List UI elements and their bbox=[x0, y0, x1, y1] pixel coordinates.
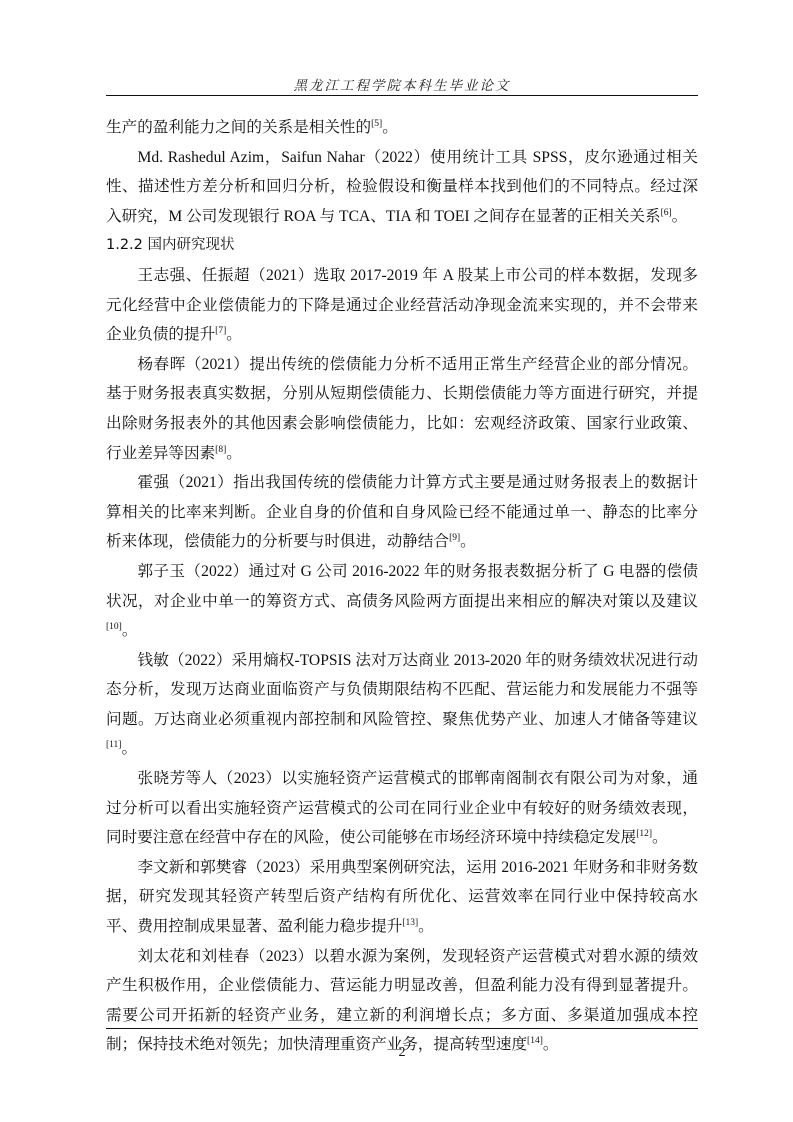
paragraph: 张晓芳等人（2023）以实施轻资产运营模式的邯郸南阁制衣有限公司为对象，通过分析… bbox=[106, 764, 698, 853]
citation-ref: [10] bbox=[106, 622, 122, 632]
paragraph: 刘太花和刘桂春（2023）以碧水源为案例，发现轻资产运营模式对碧水源的绩效产生积… bbox=[106, 942, 698, 1060]
footer-rule bbox=[106, 1028, 698, 1029]
paragraph: 郭子玉（2022）通过对 G 公司 2016-2022 年的财务报表数据分析了 … bbox=[106, 557, 698, 646]
citation-ref: [6] bbox=[661, 208, 672, 218]
section-title: 国内研究现状 bbox=[148, 237, 235, 253]
citation-ref: [8] bbox=[215, 445, 226, 455]
section-heading: 1.2.2 国内研究现状 bbox=[106, 231, 698, 261]
paragraph: 生产的盈利能力之间的关系是相关性的[5]。 bbox=[106, 113, 698, 143]
paragraph: Md. Rashedul Azim，Saifun Nahar（2022）使用统计… bbox=[106, 143, 698, 232]
paragraph: 霍强（2021）指出我国传统的偿债能力计算方式主要是通过财务报表上的数据计算相关… bbox=[106, 468, 698, 557]
paragraph: 杨春晖（2021）提出传统的偿债能力分析不适用正常生产经营企业的部分情况。基于财… bbox=[106, 350, 698, 468]
paragraph: 钱敏（2022）采用熵权-TOPSIS 法对万达商业 2013-2020 年的财… bbox=[106, 646, 698, 764]
page-number: 2 bbox=[106, 1045, 698, 1061]
paragraph: 李文新和郭樊睿（2023）采用典型案例研究法，运用 2016-2021 年财务和… bbox=[106, 853, 698, 942]
citation-ref: [11] bbox=[106, 740, 121, 750]
paragraph: 王志强、任振超（2021）选取 2017-2019 年 A 股某上市公司的样本数… bbox=[106, 261, 698, 350]
citation-ref: [9] bbox=[449, 533, 460, 543]
citation-ref: [7] bbox=[215, 326, 226, 336]
section-number: 1.2.2 bbox=[106, 237, 143, 253]
header-rule bbox=[106, 95, 698, 96]
page-header-title: 黑龙江工程学院本科生毕业论文 bbox=[106, 74, 698, 94]
citation-ref: [13] bbox=[402, 918, 418, 928]
body-text: 生产的盈利能力之间的关系是相关性的[5]。 Md. Rashedul Azim，… bbox=[106, 113, 698, 1060]
citation-ref: [12] bbox=[636, 829, 652, 839]
citation-ref: [5] bbox=[371, 119, 382, 129]
